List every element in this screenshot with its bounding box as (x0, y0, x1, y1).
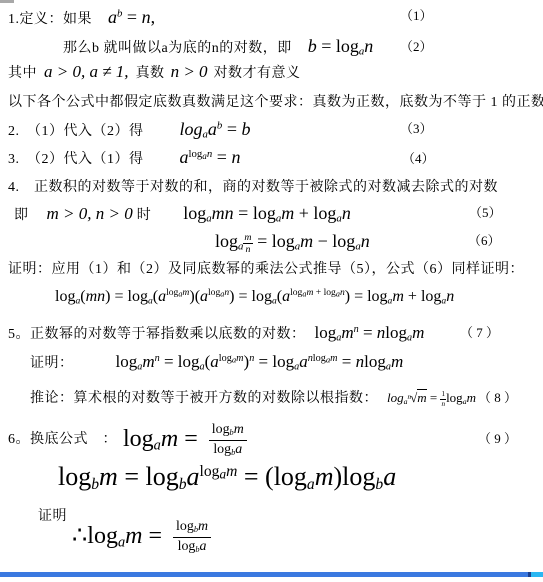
math-token: = (122, 7, 141, 27)
math-token: m (300, 231, 313, 251)
math-token: = (350, 288, 367, 305)
math-token: a (307, 476, 315, 493)
math-token: log (253, 203, 276, 223)
line-text: 证明 (38, 509, 67, 524)
math-token: a (108, 7, 117, 27)
rule-5-line: 5。正数幂的对数等于幂指数乘以底数的对数： logamn = nlogam （ … (8, 323, 424, 344)
rule-2-line: 2. （1）代入（2）得 logaab = b （3） (8, 119, 250, 141)
math-token: a (158, 288, 166, 305)
math-token: = (338, 352, 356, 371)
top-left-marker (0, 0, 14, 3)
math-token: = (178, 426, 204, 452)
math-token: m (341, 323, 353, 342)
condition-formula-n: n > 0 (171, 62, 208, 81)
formula-conclusion: ∴logam = logbmlogba (72, 523, 211, 549)
rule-3-line: 3. （2）代入（1）得 alogan = n （4） (8, 147, 240, 168)
math-token: = (317, 36, 336, 56)
math-token: m (161, 426, 178, 452)
math-token: m (142, 352, 154, 371)
math-token: log (212, 422, 230, 437)
math-token: n (231, 147, 240, 167)
math-token: m (391, 352, 403, 371)
math-token: b (91, 476, 99, 493)
math-token: m (392, 288, 404, 305)
math-token: ) (334, 462, 343, 491)
math-token: log (183, 203, 206, 223)
math-token: a (404, 397, 408, 406)
math-token: log (189, 148, 203, 160)
math-token: n (361, 231, 370, 251)
math-exponent: logam + logan (290, 287, 345, 298)
definition-line-2: 那么b 就叫做以a为底的n的对数，即 b = logan （2） (63, 36, 373, 58)
math-token: log (180, 119, 203, 139)
math-token: = (160, 352, 178, 371)
math-exponent: nlogam (308, 353, 338, 364)
line-text: 那么b 就叫做以a为底的n的对数，即 (63, 41, 292, 56)
formula-1: ab = n, (108, 7, 155, 27)
math-token: ( (265, 462, 274, 491)
math-token: log (128, 288, 148, 305)
math-token: = (118, 462, 146, 491)
math-token: a (154, 437, 161, 453)
math-token: log (252, 288, 272, 305)
product-rule-line: 即 m > 0, n > 0 时 logamn = logam + logan … (14, 203, 351, 225)
math-token: log (272, 352, 294, 371)
math-token: m (467, 390, 476, 405)
definition-line-1: 1.定义：如果 ab = n, （1） (8, 7, 155, 28)
fraction-numerator: logbm (173, 518, 211, 538)
math-fraction: logbmlogba (173, 518, 211, 557)
formula-base-change-proof: logbm = logbalogam = (logam)logba (58, 462, 396, 491)
math-token: a (282, 288, 290, 305)
math-token: m (417, 389, 426, 405)
math-token: , (151, 7, 156, 27)
math-token: b (179, 476, 187, 493)
corollary-line: 推论：算术根的对数等于被开方数的对数除以根指数： logan√m = 1nlog… (30, 389, 476, 408)
line-text: 对数才有意义 (214, 66, 301, 81)
power-proof-line: 证明： logamn = loga(alogam)n = logaanlogam… (30, 352, 403, 373)
math-token: a (200, 539, 207, 554)
math-exponent: logam (200, 463, 238, 480)
math-token: log (336, 36, 359, 56)
math-token: = (234, 288, 251, 305)
formula-3: logaab = b (180, 119, 251, 139)
math-token: m > 0, n > 0 (47, 204, 133, 223)
line-text: 6。换底公式 ： (8, 432, 117, 448)
math-token: m (198, 519, 208, 534)
equation-number-7: （ 7 ） (460, 326, 499, 341)
requirement-line: 以下各个公式中都假定底数真数满足这个要求：真数为正数，底数为不等于 1 的正数 (8, 93, 543, 111)
math-token: log (315, 323, 337, 342)
line-text: 即 (14, 208, 29, 223)
math-token: = (110, 288, 127, 305)
math-token: = (237, 462, 265, 491)
math-token: log (176, 519, 194, 534)
math-token: m (243, 232, 252, 244)
equation-number-1: （1） (400, 9, 433, 24)
line-text: 1.定义：如果 (8, 12, 92, 27)
math-token: n (342, 203, 351, 223)
math-token: = (222, 119, 241, 139)
line-text: 其中 (8, 66, 37, 81)
formula-power-proof: logamn = loga(alogam)n = logaanlogam = n… (116, 352, 404, 371)
line-text: 2. （1）代入（2）得 (8, 124, 144, 139)
math-token: m (226, 463, 237, 480)
math-token: b (308, 36, 317, 56)
equation-number-2: （2） (400, 40, 433, 55)
math-token: log (178, 352, 200, 371)
math-token: = (234, 203, 253, 223)
math-token: m (99, 462, 118, 491)
math-token: log (274, 462, 307, 491)
math-token: log (200, 463, 220, 480)
math-token: log (219, 353, 232, 364)
equation-number-9: （ 9 ） (478, 432, 517, 447)
condition-formula-mn: m > 0, n > 0 (47, 204, 133, 223)
math-token: m (236, 353, 243, 364)
scrollbar-thumb[interactable] (531, 572, 543, 577)
math-token: + (313, 287, 323, 298)
math-token: m (125, 523, 142, 549)
line-text: 4. 正数积的对数等于对数的和，商的对数等于被除式的对数减去除式的对数 (8, 180, 498, 195)
math-token: = (253, 231, 272, 251)
math-token: log (342, 462, 375, 491)
math-token: = (427, 390, 441, 405)
math-token: n (446, 288, 454, 305)
math-token: log (313, 203, 336, 223)
math-token: log (364, 352, 386, 371)
line-text: 证明： (30, 356, 74, 371)
math-exponent: logam (166, 287, 189, 298)
formula-2: b = logan (308, 36, 374, 56)
formula-7: logamn = nlogam (315, 323, 425, 342)
math-token: log (446, 390, 463, 405)
proof-label-line: 证明 (38, 507, 67, 525)
math-token: = (254, 352, 272, 371)
formula-5: logamn = logam + logan (183, 203, 351, 223)
equation-number-3: （3） (400, 122, 433, 137)
math-token: log (367, 288, 387, 305)
math-token: m (315, 462, 334, 491)
rule-4-line: 4. 正数积的对数等于对数的和，商的对数等于被除式的对数减去除式的对数 (8, 178, 498, 196)
math-token: n > 0 (171, 62, 208, 81)
math-token: = (359, 323, 377, 342)
math-token: log (324, 287, 336, 298)
base-change-derivation-line: logbm = logbalogam = (logam)logba (58, 462, 396, 494)
math-token: + (404, 288, 421, 305)
math-token: log (145, 462, 178, 491)
math-fraction: logbmlogba (209, 421, 247, 460)
line-text: 证明：应用（1）和（2）及同底数幂的乘法公式推导（5），公式（6）同样证明： (8, 262, 524, 277)
math-token: log (55, 288, 75, 305)
math-token: log (387, 390, 404, 405)
math-token: log (332, 231, 355, 251)
math-exponent: logan (208, 287, 229, 298)
math-token: n (364, 36, 373, 56)
math-token: log (166, 287, 178, 298)
line-text: 推论：算术根的对数等于被开方数的对数除以根指数： (30, 391, 378, 406)
math-token: + (294, 203, 313, 223)
change-of-base-line: 6。换底公式 ： logam = logbmlogba （ 9 ） (8, 418, 247, 462)
line-text: 真数 (136, 66, 165, 81)
proof-intro-line: 证明：应用（1）和（2）及同底数幂的乘法公式推导（5），公式（6）同样证明： (8, 260, 524, 278)
math-token: a (383, 462, 396, 491)
math-token: log (385, 323, 407, 342)
fraction-denominator: logba (173, 538, 211, 557)
math-exponent: logan (189, 148, 213, 160)
math-token: log (421, 288, 441, 305)
math-token: n (243, 244, 252, 255)
formula-6: logamn = logam − logan (215, 231, 370, 251)
math-token: a (208, 119, 217, 139)
line-text: 3. （2）代入（1）得 (8, 152, 144, 167)
math-token: mn (86, 288, 106, 305)
equation-number-8: （ 8 ） (478, 391, 517, 406)
equation-number-4: （4） (402, 152, 435, 167)
formula-9: logam = logbmlogba (123, 421, 247, 460)
math-token: a (299, 352, 308, 371)
math-token: a (200, 288, 208, 305)
math-token: n (142, 7, 151, 27)
formula-product-proof: loga(mn) = loga(alogam)(alogan) = loga(a… (55, 288, 454, 305)
condition-formula-a: a > 0, a ≠ 1, (44, 62, 129, 81)
math-token: b (241, 119, 250, 139)
math-token: a > 0, a ≠ 1, (44, 62, 129, 81)
fraction-denominator: logba (209, 441, 247, 460)
math-token: log (116, 352, 138, 371)
line-text: 5。正数幂的对数等于幂指数乘以底数的对数： (8, 327, 306, 342)
math-token: log (290, 287, 302, 298)
quotient-rule-line: logamn = logam − logan （6） (215, 231, 370, 255)
math-exponent: logam (219, 353, 244, 364)
math-token: a (210, 352, 219, 371)
document-page: 1.定义：如果 ab = n, （1） 那么b 就叫做以a为底的n的对数，即 b… (0, 0, 543, 582)
math-token: m (412, 323, 424, 342)
formula-8: logan√m = 1nlogam (387, 390, 476, 405)
math-token: log (215, 231, 238, 251)
math-token: log (208, 287, 220, 298)
equation-number-6: （6） (468, 234, 501, 249)
horizontal-scrollbar[interactable] (0, 572, 543, 577)
math-token: log (123, 426, 154, 452)
math-token: m (281, 203, 294, 223)
math-fraction: mn (243, 232, 252, 256)
product-proof-line: loga(mn) = loga(alogam)(alogan) = loga(a… (55, 287, 454, 306)
line-text: 时 (137, 208, 152, 223)
math-token: m (234, 422, 244, 437)
math-token: log (313, 353, 326, 364)
conclusion-line: ∴logam = logbmlogba (72, 518, 211, 557)
conditions-line: 其中 a > 0, a ≠ 1, 真数 n > 0 对数才有意义 (8, 62, 301, 82)
math-radical: n√m (408, 390, 427, 405)
math-token: a (187, 462, 200, 491)
math-token: − (313, 231, 332, 251)
therefore-symbol: ∴ (72, 523, 87, 549)
math-token: m (330, 353, 337, 364)
equation-number-5: （5） (469, 206, 502, 221)
math-token: a (235, 442, 242, 457)
formula-4: alogan = n (180, 147, 241, 167)
math-token: log (58, 462, 91, 491)
line-text: 以下各个公式中都假定底数真数满足这个要求：真数为正数，底数为不等于 1 的正数 (8, 95, 543, 110)
math-token: n (356, 352, 365, 371)
math-token: a (180, 147, 189, 167)
math-token: log (178, 539, 196, 554)
math-token: = (212, 147, 231, 167)
math-token: log (272, 231, 295, 251)
math-token: log (87, 523, 118, 549)
math-token: log (213, 442, 231, 457)
math-token: mn (212, 203, 234, 223)
math-token: = (143, 523, 169, 549)
fraction-numerator: logbm (209, 421, 247, 441)
